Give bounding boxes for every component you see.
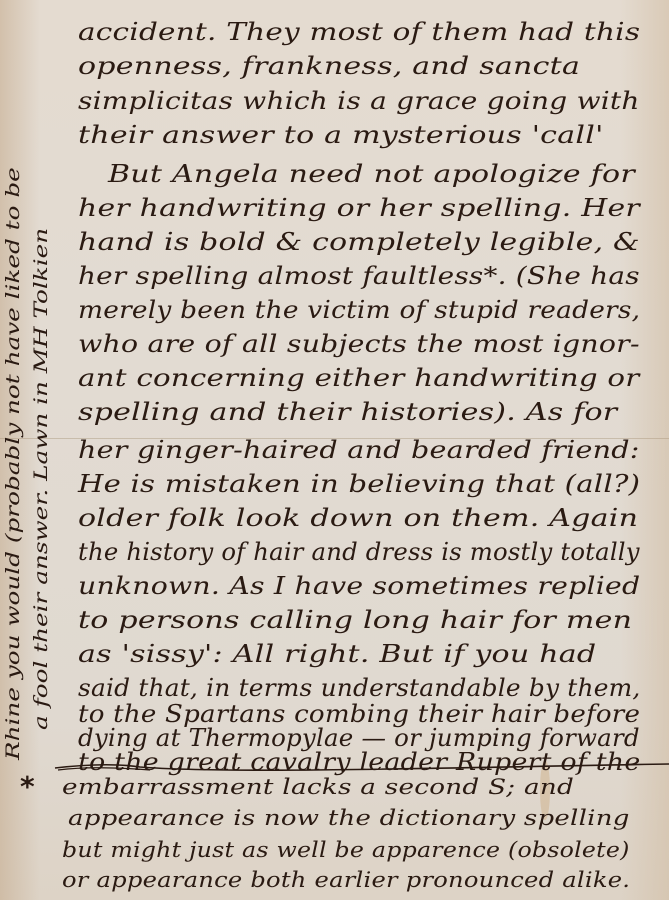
margin-note-inner: a fool their answer. Lawn in MH Tolkien xyxy=(30,228,52,730)
body-line: her spelling almost faultless*. (She has xyxy=(78,262,640,290)
footnote-line: but might just as well be apparence (obs… xyxy=(62,838,630,862)
body-line: openness, frankness, and sancta xyxy=(78,52,580,80)
body-line: to persons calling long hair for men xyxy=(78,606,632,634)
footnote-line: or appearance both earlier pronounced al… xyxy=(62,868,630,892)
body-line: the history of hair and dress is mostly … xyxy=(78,538,640,566)
footnote-line: embarrassment lacks a second S; and xyxy=(62,775,574,799)
body-line: merely been the victim of stupid readers… xyxy=(78,296,640,324)
body-line: her ginger-haired and bearded friend: xyxy=(78,436,640,464)
body-line: ant concerning either handwriting or xyxy=(78,364,639,392)
body-line: said that, in terms understandable by th… xyxy=(78,674,640,702)
body-line: her handwriting or her spelling. Her xyxy=(78,194,640,222)
body-line: simplicitas which is a grace going with xyxy=(78,87,640,115)
body-line: accident. They most of them had this xyxy=(78,18,640,46)
body-line: spelling and their histories). As for xyxy=(78,398,617,426)
body-line: as 'sissy': All right. But if you had xyxy=(78,640,596,668)
footnote-asterisk-icon: * xyxy=(20,770,35,803)
body-line: their answer to a mysterious 'call' xyxy=(78,121,604,149)
body-line: He is mistaken in believing that (all?) xyxy=(78,470,640,498)
body-line: hand is bold & completely legible, & xyxy=(78,228,640,256)
footnote-divider-line xyxy=(30,762,669,776)
footnote-line: appearance is now the dictionary spellin… xyxy=(68,806,630,830)
body-line: But Angela need not apologize for xyxy=(108,160,635,188)
margin-note-outer: Rhine you would (probably not have liked… xyxy=(2,167,24,760)
manuscript-page: Rhine you would (probably not have liked… xyxy=(0,0,669,900)
body-line: older folk look down on them. Again xyxy=(78,504,638,532)
body-line: unknown. As I have sometimes replied xyxy=(78,572,640,600)
body-line: who are of all subjects the most ignor- xyxy=(78,330,640,358)
